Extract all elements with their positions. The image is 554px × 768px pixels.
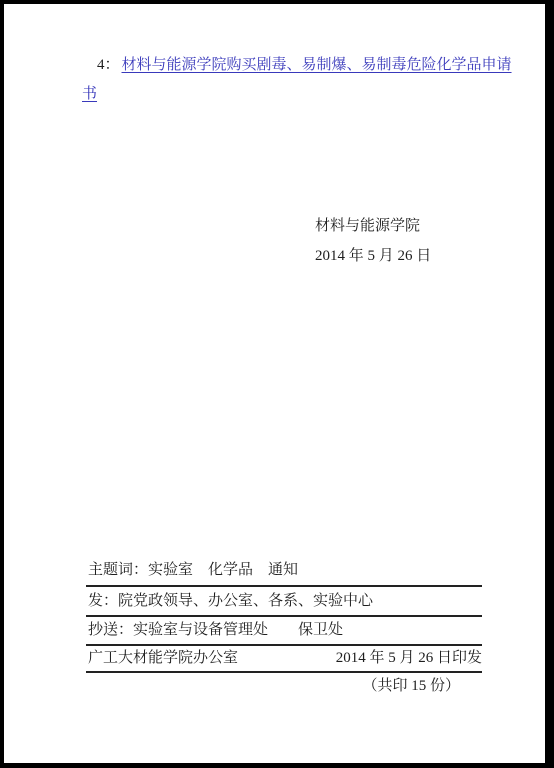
distribution-row: 发：院党政领导、办公室、各系、实验中心: [86, 587, 482, 617]
attachment-title-line2: 书: [82, 86, 97, 103]
subject-keywords-text: 主题词：实验室 化学品 通知: [86, 562, 298, 578]
print-count-text: （共印 15 份）: [362, 678, 460, 694]
distribution-text: 发：院党政领导、办公室、各系、实验中心: [86, 593, 373, 609]
issue-date: 2014 年 5 月 26 日: [315, 248, 431, 265]
attachment-title-line1: 4：材料与能源学院购买剧毒、易制爆、易制毒危险化学品申请: [97, 57, 512, 74]
document-page: 4：材料与能源学院购买剧毒、易制爆、易制毒危险化学品申请 书 材料与能源学院 2…: [4, 4, 545, 763]
subject-keywords-row: 主题词：实验室 化学品 通知: [86, 556, 482, 587]
print-date-text: 2014 年 5 月 26 日印发: [336, 646, 482, 671]
attachment-document-link[interactable]: 材料与能源学院购买剧毒、易制爆、易制毒危险化学品申请: [122, 57, 512, 73]
attachment-number: 4：: [97, 57, 120, 73]
issuer-office-row: 广工大材能学院办公室 2014 年 5 月 26 日印发: [86, 646, 482, 673]
document-footer-block: 主题词：实验室 化学品 通知 发：院党政领导、办公室、各系、实验中心 抄送：实验…: [86, 556, 482, 700]
print-count-row: （共印 15 份）: [86, 673, 482, 700]
issuing-department: 材料与能源学院: [315, 218, 420, 235]
cc-text: 抄送：实验室与设备管理处 保卫处: [86, 622, 343, 638]
cc-row: 抄送：实验室与设备管理处 保卫处: [86, 617, 482, 646]
issuer-office-text: 广工大材能学院办公室: [86, 646, 238, 671]
attachment-document-link-continued[interactable]: 书: [82, 86, 97, 102]
